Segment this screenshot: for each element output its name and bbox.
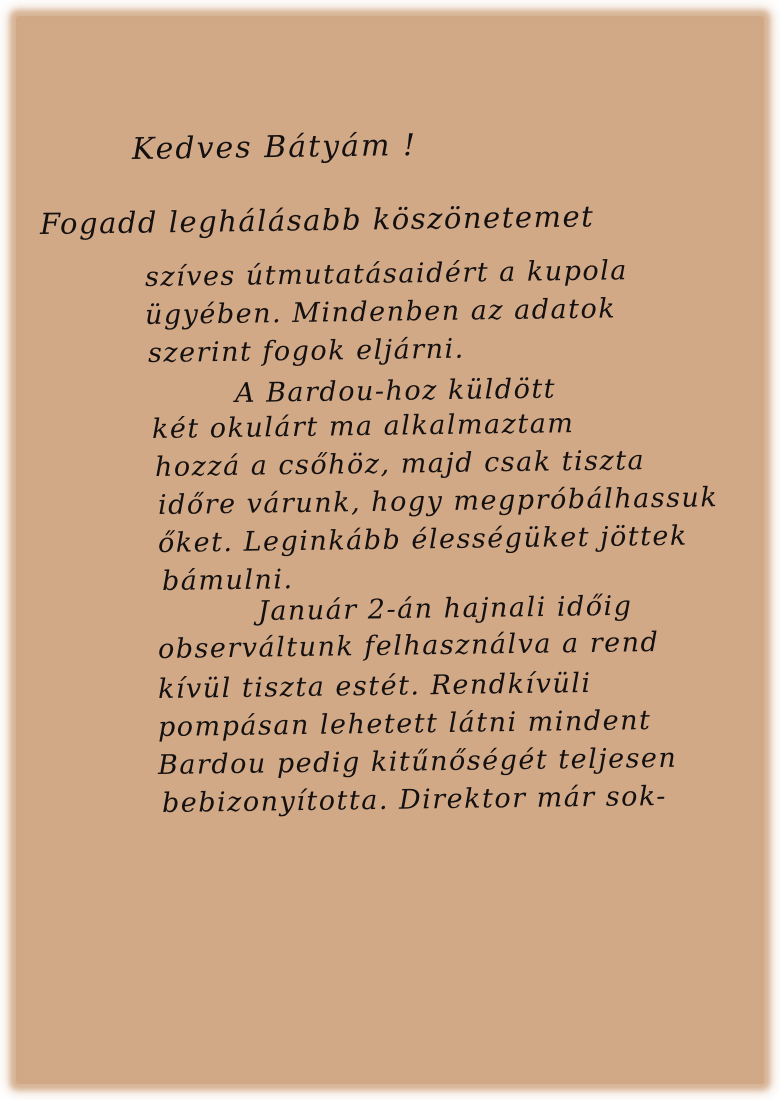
letter-line-10: bámulni. [162, 564, 294, 597]
letter-line-13: kívül tiszta estét. Rendkívüli [158, 668, 592, 705]
letter-line-5: A Bardou-hoz küldött [235, 374, 556, 409]
letter-line-6: két okulárt ma alkalmaztam [152, 408, 575, 445]
letter-line-4: szerint fogok eljárni. [148, 334, 465, 369]
letter-line-11: Január 2-án hajnali időig [258, 591, 633, 627]
letter-line-3: ügyében. Mindenben az adatok [145, 293, 617, 331]
letter-salutation: Kedves Bátyám ! [132, 128, 418, 167]
